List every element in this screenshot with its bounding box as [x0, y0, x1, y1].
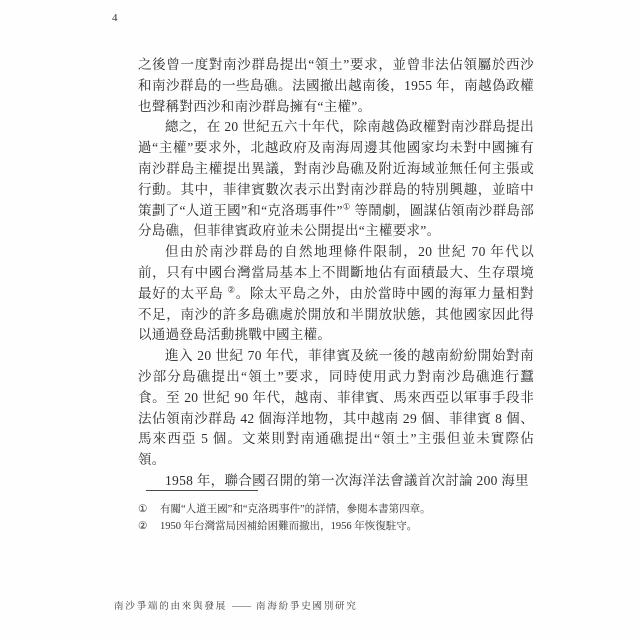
footnote-divider [146, 490, 258, 491]
paragraph: 總之，在 20 世紀五六十年代，除南越偽政權對南沙群島提出過“主權”要求外，北越… [138, 117, 534, 242]
footnote-marker: ② [138, 518, 160, 535]
paragraph: 之後曾一度對南沙群島提出“領土”要求，並曾非法佔領屬於西沙和南沙群島的一些島礁。… [138, 55, 534, 117]
text-block: 之後曾一度對南沙群島提出“領土”要求，並曾非法佔領屬於西沙和南沙群島的一些島礁。… [138, 55, 534, 492]
footnote-text: 1950 年台灣當局因補給困難而撤出，1956 年恢復駐守。 [160, 518, 538, 535]
book-page: 4 之後曾一度對南沙群島提出“領土”要求，並曾非法佔領屬於西沙和南沙群島的一些島… [0, 0, 640, 640]
footnote-list: ①有關“人道王國”和“克洛瑪事件”的詳情，參閱本書第四章。②1950 年台灣當局… [138, 501, 538, 535]
paragraph: 進入 20 世紀 70 年代，菲律賓及統一後的越南紛紛開始對南沙部分島礁提出“領… [138, 346, 534, 471]
paragraph: 但由於南沙群島的自然地理條件限制，20 世紀 70 年代以前，只有中國台灣當局基… [138, 242, 534, 346]
footnotes-section: ①有關“人道王國”和“克洛瑪事件”的詳情，參閱本書第四章。②1950 年台灣當局… [138, 490, 538, 535]
footer-dash: —— [232, 602, 251, 612]
footnote-reference: ② [227, 284, 235, 294]
page-number: 4 [112, 12, 118, 24]
footnote-text: 有關“人道王國”和“克洛瑪事件”的詳情，參閱本書第四章。 [160, 501, 538, 518]
footnote: ①有關“人道王國”和“克洛瑪事件”的詳情，參閱本書第四章。 [138, 501, 538, 518]
book-title: 南沙爭端的由來與發展 [114, 602, 227, 612]
footnote-reference: ① [343, 201, 351, 211]
running-footer: 南沙爭端的由來與發展——南海紛爭史國別研究 [114, 598, 358, 612]
footnote: ②1950 年台灣當局因補給困難而撤出，1956 年恢復駐守。 [138, 518, 538, 535]
paragraph: 1958 年，聯合國召開的第一次海洋法會議首次討論 200 海里 [138, 471, 534, 492]
footnote-marker: ① [138, 501, 160, 518]
book-subtitle: 南海紛爭史國別研究 [256, 602, 358, 612]
